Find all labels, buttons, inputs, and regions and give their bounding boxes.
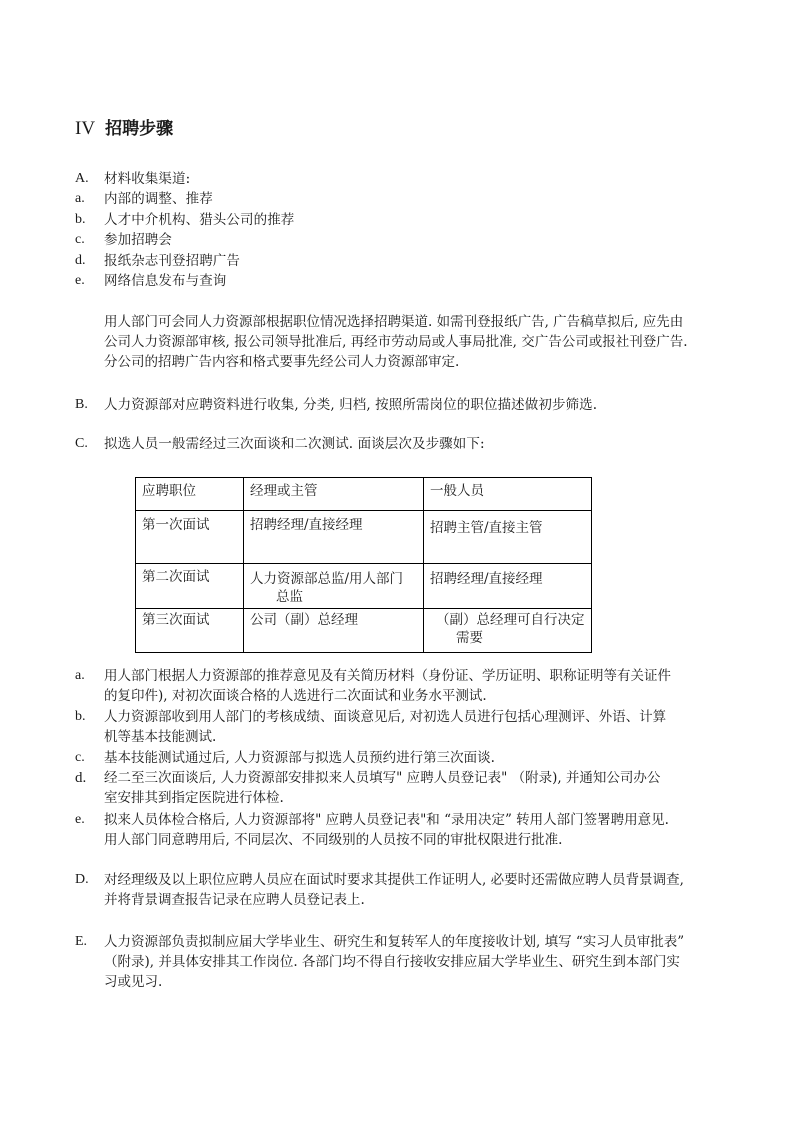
table-row: 第三次面试 公司（副）总经理 （副）总经理可自行决定 需要 <box>136 609 592 653</box>
interview-stages-table: 应聘职位 经理或主管 一般人员 第一次面试 招聘经理/直接经理 招聘主管/直接主… <box>135 477 592 653</box>
step-line: 人力资源部收到用人部门的考核成绩、面谈意见后, 对初选人员进行包括心理测评、外语… <box>104 707 724 727</box>
table-cell-general: 招聘主管/直接主管 <box>424 511 592 564</box>
step-item: 基本技能测试通过后, 人力资源部与拟选人员预约进行第三次面谈. <box>104 748 724 768</box>
table-cell-stage: 第一次面试 <box>136 511 244 564</box>
list-marker: b. <box>75 210 86 230</box>
cell-text: 人力资源部总监/用人部门 <box>250 568 417 588</box>
table-header-cell: 应聘职位 <box>136 478 244 511</box>
table-header-row: 应聘职位 经理或主管 一般人员 <box>136 478 592 511</box>
cell-text-continuation: 需要 <box>430 629 585 647</box>
section-c-text: 拟选人员一般需经过三次面谈和二次测试. 面谈层次及步骤如下: <box>104 434 724 455</box>
step-line: 经二至三次面谈后, 人力资源部安排拟来人员填写" 应聘人员登记表" （附录), … <box>104 768 724 788</box>
cell-text: 招聘经理/直接经理 <box>430 568 585 588</box>
section-a-title: 材料收集渠道: <box>104 169 724 190</box>
cell-text-continuation: 总监 <box>250 588 417 606</box>
table-header-cell: 一般人员 <box>424 478 592 511</box>
step-line: 机等基本技能测试. <box>104 727 724 747</box>
list-marker: d. <box>75 768 86 788</box>
paragraph-line: 并将背景调查报告记录在应聘人员登记表上. <box>104 890 724 910</box>
cell-text: （副）总经理可自行决定 <box>430 611 585 629</box>
step-line: 用人部门根据人力资源部的推荐意见及有关简历材料（身份证、学历证明、职称证明等有关… <box>104 666 724 686</box>
table-row: 第一次面试 招聘经理/直接经理 招聘主管/直接主管 <box>136 511 592 564</box>
table-cell-general: （副）总经理可自行决定 需要 <box>424 609 592 653</box>
list-marker: C. <box>75 434 88 454</box>
channel-item: 参加招聘会 <box>104 230 724 251</box>
section-d-paragraph: 对经理级及以上职位应聘人员应在面试时要求其提供工作证明人, 必要时还需做应聘人员… <box>104 870 724 910</box>
channel-item: 人才中介机构、猎头公司的推荐 <box>104 210 724 231</box>
table-cell-manager: 人力资源部总监/用人部门 总监 <box>244 564 424 609</box>
section-a-paragraph: 用人部门可会同人力资源部根据职位情况选择招聘渠道. 如需刊登报纸广告, 广告稿草… <box>104 312 724 372</box>
step-line: 室安排其到指定医院进行体检. <box>104 788 724 808</box>
table-cell-manager: 招聘经理/直接经理 <box>244 511 424 564</box>
channel-item: 网络信息发布与查询 <box>104 271 724 292</box>
table-cell-general: 招聘经理/直接经理 <box>424 564 592 609</box>
list-marker: D. <box>75 870 89 890</box>
step-item: 用人部门根据人力资源部的推荐意见及有关简历材料（身份证、学历证明、职称证明等有关… <box>104 666 724 706</box>
section-title: 招聘步骤 <box>105 119 173 139</box>
list-marker: A. <box>75 169 89 189</box>
list-marker: c. <box>75 230 85 250</box>
section-number: IV <box>75 118 95 139</box>
list-marker: B. <box>75 395 88 415</box>
step-item: 拟来人员体检合格后, 人力资源部将" 应聘人员登记表"和 “录用决定” 转用人部… <box>104 810 724 850</box>
list-marker: a. <box>75 666 85 686</box>
section-b-text: 人力资源部对应聘资料进行收集, 分类, 归档, 按照所需岗位的职位描述做初步筛选… <box>104 395 724 416</box>
list-marker: d. <box>75 251 86 271</box>
step-item: 经二至三次面谈后, 人力资源部安排拟来人员填写" 应聘人员登记表" （附录), … <box>104 768 724 808</box>
list-marker: E. <box>75 932 87 952</box>
cell-text: 招聘经理/直接经理 <box>250 517 363 533</box>
table-cell-stage: 第三次面试 <box>136 609 244 653</box>
document-page: IV 招聘步骤 A. 材料收集渠道: a. 内部的调整、推荐 b. 人才中介机构… <box>0 0 794 1123</box>
table-row: 第二次面试 人力资源部总监/用人部门 总监 招聘经理/直接经理 <box>136 564 592 609</box>
step-line: 的复印件), 对初次面谈合格的人选进行二次面试和业务水平测试. <box>104 686 724 706</box>
list-marker: a. <box>75 189 85 209</box>
table-cell-manager: 公司（副）总经理 <box>244 609 424 653</box>
step-line: 用人部门同意聘用后, 不同层次、不同级别的人员按不同的审批权限进行批准. <box>104 830 724 850</box>
list-marker: b. <box>75 707 86 727</box>
step-line: 拟来人员体检合格后, 人力资源部将" 应聘人员登记表"和 “录用决定” 转用人部… <box>104 810 724 830</box>
list-marker: e. <box>75 810 85 830</box>
paragraph-line: 习或见习. <box>104 972 724 992</box>
step-item: 人力资源部收到用人部门的考核成绩、面谈意见后, 对初选人员进行包括心理测评、外语… <box>104 707 724 747</box>
list-marker: c. <box>75 748 85 768</box>
channel-item: 内部的调整、推荐 <box>104 189 724 210</box>
paragraph-line: 人力资源部负责拟制应届大学毕业生、研究生和复转军人的年度接收计划, 填写 “实习… <box>104 932 724 952</box>
table-header-cell: 经理或主管 <box>244 478 424 511</box>
paragraph-line: 对经理级及以上职位应聘人员应在面试时要求其提供工作证明人, 必要时还需做应聘人员… <box>104 870 724 890</box>
channel-item: 报纸杂志刊登招聘广告 <box>104 251 724 272</box>
paragraph-line: 公司人力资源部审核, 报公司领导批准后, 再经市劳动局或人事局批准, 交广告公司… <box>104 332 724 352</box>
list-marker: e. <box>75 271 85 291</box>
paragraph-line: （附录), 并具体安排其工作岗位. 各部门均不得自行接收安排应届大学毕业生、研究… <box>104 952 724 972</box>
section-heading: IV 招聘步骤 <box>75 116 173 141</box>
table-cell-stage: 第二次面试 <box>136 564 244 609</box>
paragraph-line: 用人部门可会同人力资源部根据职位情况选择招聘渠道. 如需刊登报纸广告, 广告稿草… <box>104 312 724 332</box>
paragraph-line: 分公司的招聘广告内容和格式要事先经公司人力资源部审定. <box>104 352 724 372</box>
step-line: 基本技能测试通过后, 人力资源部与拟选人员预约进行第三次面谈. <box>104 748 724 768</box>
cell-text: 公司（副）总经理 <box>250 612 358 628</box>
cell-text: 招聘主管/直接主管 <box>430 516 585 537</box>
section-e-paragraph: 人力资源部负责拟制应届大学毕业生、研究生和复转军人的年度接收计划, 填写 “实习… <box>104 932 724 992</box>
